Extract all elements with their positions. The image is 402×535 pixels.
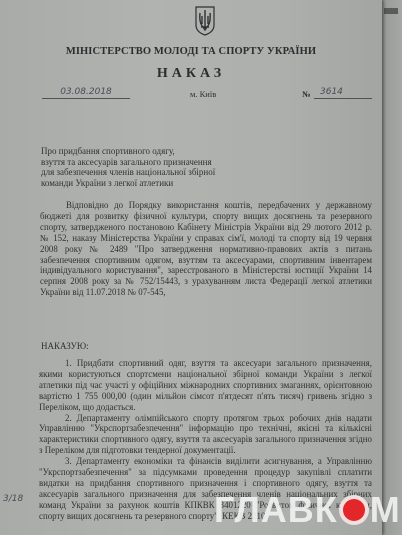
preamble-text: Відповідно до Порядку використання кошті… [40, 200, 372, 298]
order-date: 03.08.2018 [42, 86, 130, 99]
trident-coat-of-arms-icon [194, 5, 216, 36]
paper-edge [384, 8, 398, 14]
order-subject: Про придбання спортивного одягу, взуття … [41, 146, 261, 188]
document-page: МІНІСТЕРСТВО МОЛОДІ ТА СПОРТУ УКРАЇНИ НА… [0, 0, 382, 535]
subject-line: Про придбання спортивного одягу, [41, 146, 261, 157]
subject-line: команди України з легкої атлетики [41, 178, 261, 189]
watermark-text-end: М [370, 489, 401, 530]
ministry-name: МІНІСТЕРСТВО МОЛОДІ ТА СПОРТУ УКРАЇНИ [0, 46, 382, 57]
glavcom-watermark: ГЛАВКМ [214, 494, 401, 526]
preamble: Відповідно до Порядку використання кошті… [40, 200, 372, 298]
handwritten-margin-note: 3/18 [3, 494, 23, 504]
order-number: 3614 [314, 86, 372, 99]
order-item-1: 1. Придбати спортивний одяг, взуття та а… [39, 358, 372, 413]
city: м. Київ [190, 89, 216, 99]
document-title: НАКАЗ [0, 66, 382, 82]
watermark-text-start: ГЛАВК [214, 489, 338, 530]
subject-line: для забезпечення членів національної збі… [41, 167, 261, 178]
watermark-dot-icon [339, 495, 369, 525]
order-item-2: 2. Департаменту олімпійського спорту про… [39, 413, 372, 457]
order-heading: НАКАЗУЮ: [41, 341, 89, 351]
subject-line: взуття та аксесуарів загального призначе… [41, 157, 261, 168]
number-label: № [302, 89, 311, 99]
